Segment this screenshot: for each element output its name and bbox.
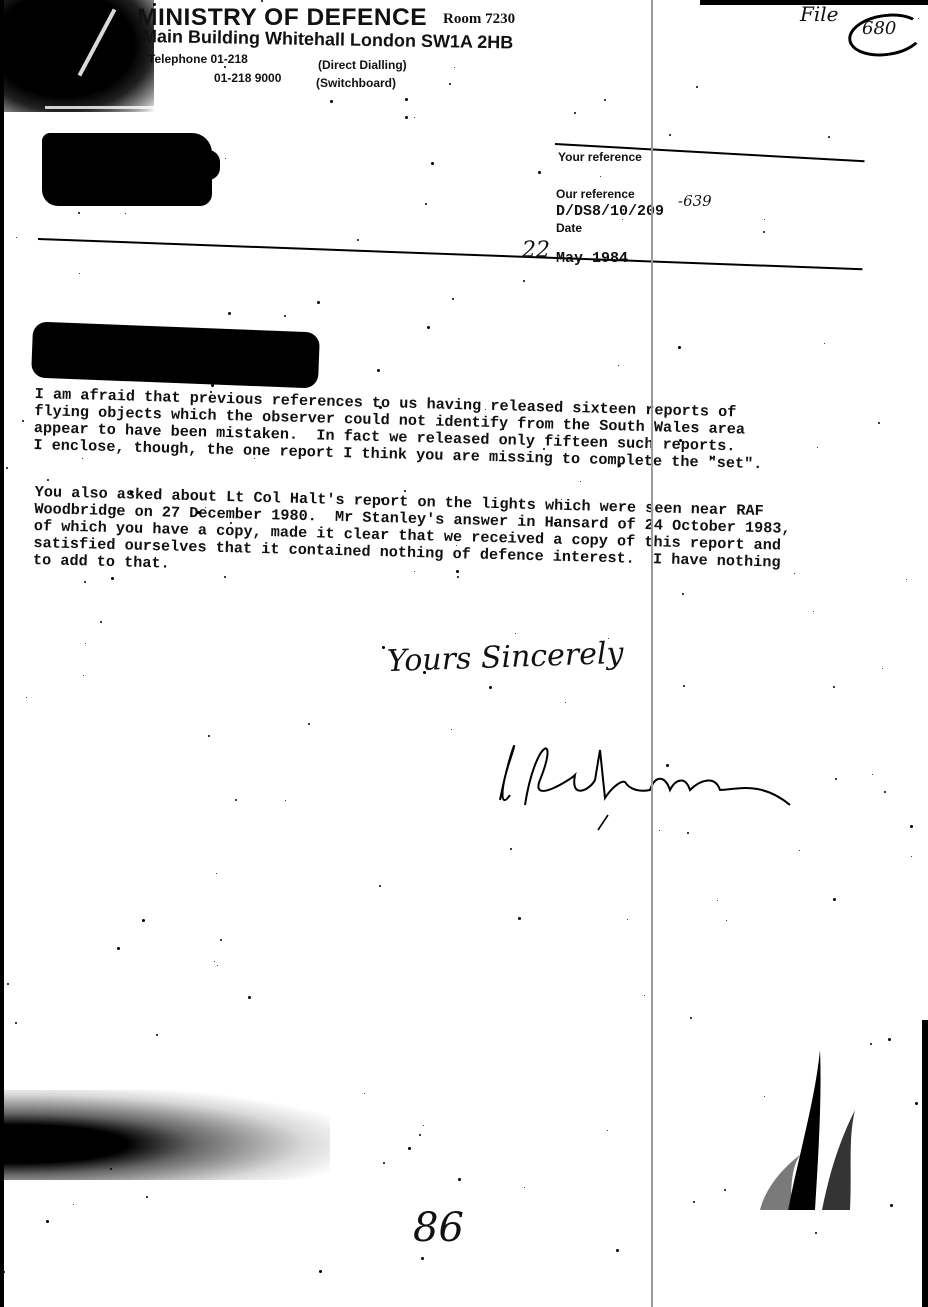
scan-speck <box>308 723 310 725</box>
scan-speck <box>117 947 120 950</box>
scan-speck <box>523 280 525 282</box>
scan-speck <box>153 3 156 6</box>
scan-speck <box>693 1201 695 1203</box>
scan-speck <box>682 593 684 595</box>
scan-speck <box>794 573 795 574</box>
scan-speck <box>357 239 359 241</box>
scan-speck <box>561 499 562 500</box>
scan-speck <box>918 18 919 19</box>
scan-speck <box>208 735 210 737</box>
scan-speck <box>220 939 222 941</box>
scan-speck <box>382 646 385 649</box>
scan-speck <box>915 1102 918 1105</box>
scan-speck <box>156 1034 158 1036</box>
scan-speck <box>452 298 454 300</box>
date-label: Date <box>556 221 582 235</box>
scan-speck <box>211 384 214 387</box>
scan-smudge-right <box>760 1040 880 1215</box>
scan-speck <box>130 491 133 494</box>
scan-speck <box>906 579 907 580</box>
scan-speck <box>538 171 541 174</box>
header-rule-bottom <box>38 238 863 270</box>
scan-speck <box>85 643 86 644</box>
scan-smudge-left <box>0 1090 330 1180</box>
scan-speck <box>608 638 609 639</box>
scan-speck <box>73 1204 74 1205</box>
scan-speck <box>405 98 408 101</box>
scan-speck <box>690 1017 692 1019</box>
scan-speck <box>103 426 104 427</box>
scan-speck <box>383 1162 385 1164</box>
scan-speck <box>604 99 606 101</box>
scan-speck <box>627 919 628 920</box>
scan-speck <box>404 490 406 492</box>
scan-speck <box>878 422 880 424</box>
scan-speck <box>669 134 671 136</box>
scan-speck <box>618 365 619 366</box>
file-number: 680 <box>862 18 896 39</box>
scan-speck <box>813 611 814 612</box>
scan-speck <box>414 117 415 118</box>
scan-speck <box>799 850 800 851</box>
scan-speck <box>458 1178 461 1181</box>
scan-speck <box>910 825 913 828</box>
scan-speck <box>419 1134 421 1136</box>
scan-speck <box>216 873 217 874</box>
scan-speck <box>678 346 681 349</box>
our-reference-label: Our reference <box>556 187 635 201</box>
scan-speck <box>503 429 504 430</box>
signature-icon <box>480 720 810 840</box>
scan-speck <box>235 799 237 801</box>
scan-speck <box>279 38 281 40</box>
scan-speck <box>644 995 645 996</box>
scan-speck <box>205 507 206 508</box>
scan-speck <box>248 996 251 999</box>
scan-speck <box>84 581 86 583</box>
scan-speck <box>16 237 17 238</box>
scan-speck <box>284 315 286 317</box>
body-paragraph-2: You also asked about Lt Col Halt's repor… <box>33 484 791 589</box>
scan-speck <box>225 158 226 159</box>
scan-speck <box>911 856 912 857</box>
crest-band <box>45 106 215 109</box>
scan-speck <box>110 1168 112 1170</box>
scan-speck <box>833 898 836 901</box>
scan-speck <box>224 66 226 68</box>
scan-speck <box>113 507 116 510</box>
scan-speck <box>888 1038 891 1041</box>
scan-speck <box>711 457 713 459</box>
scan-speck <box>724 1189 726 1191</box>
scan-speck <box>425 203 427 205</box>
date-day-handwritten: 22 <box>522 238 550 263</box>
scan-speck <box>214 961 215 962</box>
scan-speck <box>210 391 212 393</box>
scan-speck <box>659 830 660 831</box>
scan-speck <box>835 778 837 780</box>
scan-edge-right <box>922 1020 928 1307</box>
scan-speck <box>230 522 232 524</box>
scan-speck <box>261 0 263 2</box>
scan-speck <box>687 832 689 834</box>
scan-speck <box>224 576 226 578</box>
scan-speck <box>833 686 835 688</box>
scan-speck <box>518 917 521 920</box>
scan-speck <box>47 479 49 481</box>
scan-speck <box>379 406 382 409</box>
scan-speck <box>228 312 231 315</box>
scan-speck <box>174 545 176 547</box>
address: Main Building Whitehall London SW1A 2HB <box>142 26 514 53</box>
scan-speck <box>763 231 765 233</box>
scan-speck <box>717 900 718 901</box>
scan-speck <box>319 1270 322 1273</box>
scan-speck <box>381 498 384 501</box>
scan-speck <box>524 1187 525 1188</box>
scan-speck <box>254 458 255 459</box>
scan-speck <box>427 326 430 329</box>
scan-speck <box>304 35 305 36</box>
telephone-direct-note: (Direct Dialling) <box>318 58 407 72</box>
scan-speck <box>882 668 883 669</box>
scan-speck <box>431 162 434 165</box>
scan-speck <box>828 136 830 138</box>
scan-speck <box>600 176 601 177</box>
scan-speck <box>72 1142 74 1144</box>
scan-speck <box>414 571 415 572</box>
scan-speck <box>83 675 84 676</box>
scan-speck <box>123 16 126 19</box>
scan-speck <box>132 191 133 192</box>
scan-fold-line <box>651 0 653 1307</box>
room-number: Room 7230 <box>443 11 515 28</box>
scan-speck <box>52 333 54 335</box>
scan-speck <box>285 800 286 801</box>
scan-speck <box>379 885 381 887</box>
scan-speck <box>451 729 452 730</box>
scan-speck <box>364 1093 365 1094</box>
scan-speck <box>46 1220 49 1223</box>
page-number: 86 <box>413 1205 464 1251</box>
scan-speck <box>377 369 380 372</box>
scan-speck <box>146 1196 148 1198</box>
scan-speck <box>485 409 486 410</box>
scan-speck <box>330 100 333 103</box>
telephone-switchboard-note: (Switchboard) <box>316 76 396 90</box>
scan-speck <box>489 686 492 689</box>
scan-speck <box>679 439 682 442</box>
scan-speck <box>100 621 102 623</box>
scan-speck <box>142 919 145 922</box>
scan-speck <box>76 88 77 89</box>
scan-speck <box>815 1232 817 1234</box>
telephone-switchboard: 01-218 9000 <box>214 71 281 85</box>
body-paragraph-1: I am afraid that previous references to … <box>33 386 764 473</box>
royal-crest-icon <box>4 0 154 112</box>
telephone-direct: Telephone 01-218 <box>148 52 248 66</box>
scan-speck <box>82 458 83 459</box>
scan-speck <box>449 83 451 85</box>
scan-speck <box>607 1130 608 1131</box>
our-reference-value: D/DS8/10/209 <box>556 203 664 220</box>
scan-speck <box>109 329 111 331</box>
scan-speck <box>580 481 581 482</box>
scan-speck <box>125 213 126 214</box>
scan-speck <box>726 920 727 921</box>
redaction-recipient-address-tab <box>150 150 220 180</box>
scan-speck <box>197 511 200 514</box>
scan-speck <box>421 1257 424 1260</box>
date-value: May 1984 <box>556 250 628 267</box>
scan-speck <box>75 27 77 29</box>
scan-speck <box>696 86 698 88</box>
scan-speck <box>565 702 566 703</box>
scan-speck <box>890 1204 893 1207</box>
redaction-salutation <box>31 322 320 389</box>
scan-speck <box>574 112 576 114</box>
scan-speck <box>683 685 685 687</box>
scan-speck <box>6 467 8 469</box>
scan-speck <box>764 219 765 220</box>
scan-speck <box>510 848 512 850</box>
file-note: File <box>800 2 839 26</box>
scan-speck <box>622 219 623 220</box>
scan-speck <box>3 1271 5 1273</box>
scan-speck <box>454 67 455 68</box>
scan-speck <box>81 396 83 398</box>
scan-speck <box>554 522 557 525</box>
our-reference-suffix: -639 <box>678 192 712 210</box>
scan-speck <box>408 1147 411 1150</box>
scan-speck <box>817 447 818 448</box>
scan-speck <box>0 633 2 635</box>
scan-speck <box>3 805 4 806</box>
scan-speck <box>824 343 825 344</box>
scan-speck <box>7 983 9 985</box>
scan-speck <box>515 633 516 634</box>
scan-speck <box>543 448 545 450</box>
scan-speck <box>217 965 218 966</box>
scan-speck <box>317 301 320 304</box>
scan-speck <box>26 697 27 698</box>
scan-speck <box>884 791 886 793</box>
scan-speck <box>618 464 621 467</box>
scan-speck <box>111 577 114 580</box>
scan-speck <box>79 273 80 274</box>
scan-speck <box>405 116 408 119</box>
scan-speck <box>870 1043 872 1045</box>
scan-speck <box>423 671 426 674</box>
scan-speck <box>616 1249 619 1252</box>
scan-speck <box>15 1022 17 1024</box>
scan-speck <box>22 420 24 422</box>
scan-speck <box>423 1125 424 1126</box>
scan-speck <box>78 212 80 214</box>
scan-speck <box>764 1096 765 1097</box>
scan-speck <box>457 576 459 578</box>
your-reference-label: Your reference <box>558 150 642 164</box>
scan-speck <box>872 774 873 775</box>
scan-speck <box>666 764 669 767</box>
scan-speck <box>666 415 667 416</box>
scan-speck <box>456 570 459 573</box>
scan-speck <box>456 545 457 546</box>
